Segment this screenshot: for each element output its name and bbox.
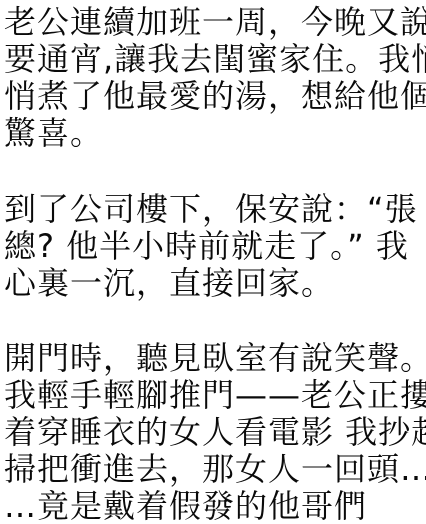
paragraph-1-line-4: 驚喜。 — [4, 115, 426, 152]
paragraph-3-line-1: 開門時，聽見臥室有說笑聲。 — [4, 340, 426, 377]
paragraph-2-line-2: 總? 他半小時前就走了。” 我 — [4, 228, 426, 265]
paragraph-1-line-2: 要通宵,讓我去閨蜜家住。我悄 — [4, 41, 426, 78]
paragraph-3-line-2: 我輕手輕腳推門——老公正摟 — [4, 377, 426, 414]
paragraph-1-line-3: 悄煮了他最愛的湯，想給他個 — [4, 78, 426, 115]
paragraph-2-line-1: 到了公司樓下，保安說：“張 — [4, 191, 426, 228]
paragraph-2-line-3: 心裏一沉，直接回家。 — [4, 265, 426, 302]
paragraph-1-line-1: 老公連續加班一周，今晚又說 — [4, 4, 426, 41]
paragraph-3-line-4: 掃把衝進去，那女人一回頭… — [4, 451, 426, 488]
story-text-document: 老公連續加班一周，今晚又說 要通宵,讓我去閨蜜家住。我悄 悄煮了他最愛的湯，想給… — [0, 0, 426, 524]
paragraph-3-line-5: …竟是戴着假發的他哥們 — [4, 488, 426, 524]
paragraph-3-line-3: 着穿睡衣的女人看電影 我抄起 — [4, 414, 426, 451]
